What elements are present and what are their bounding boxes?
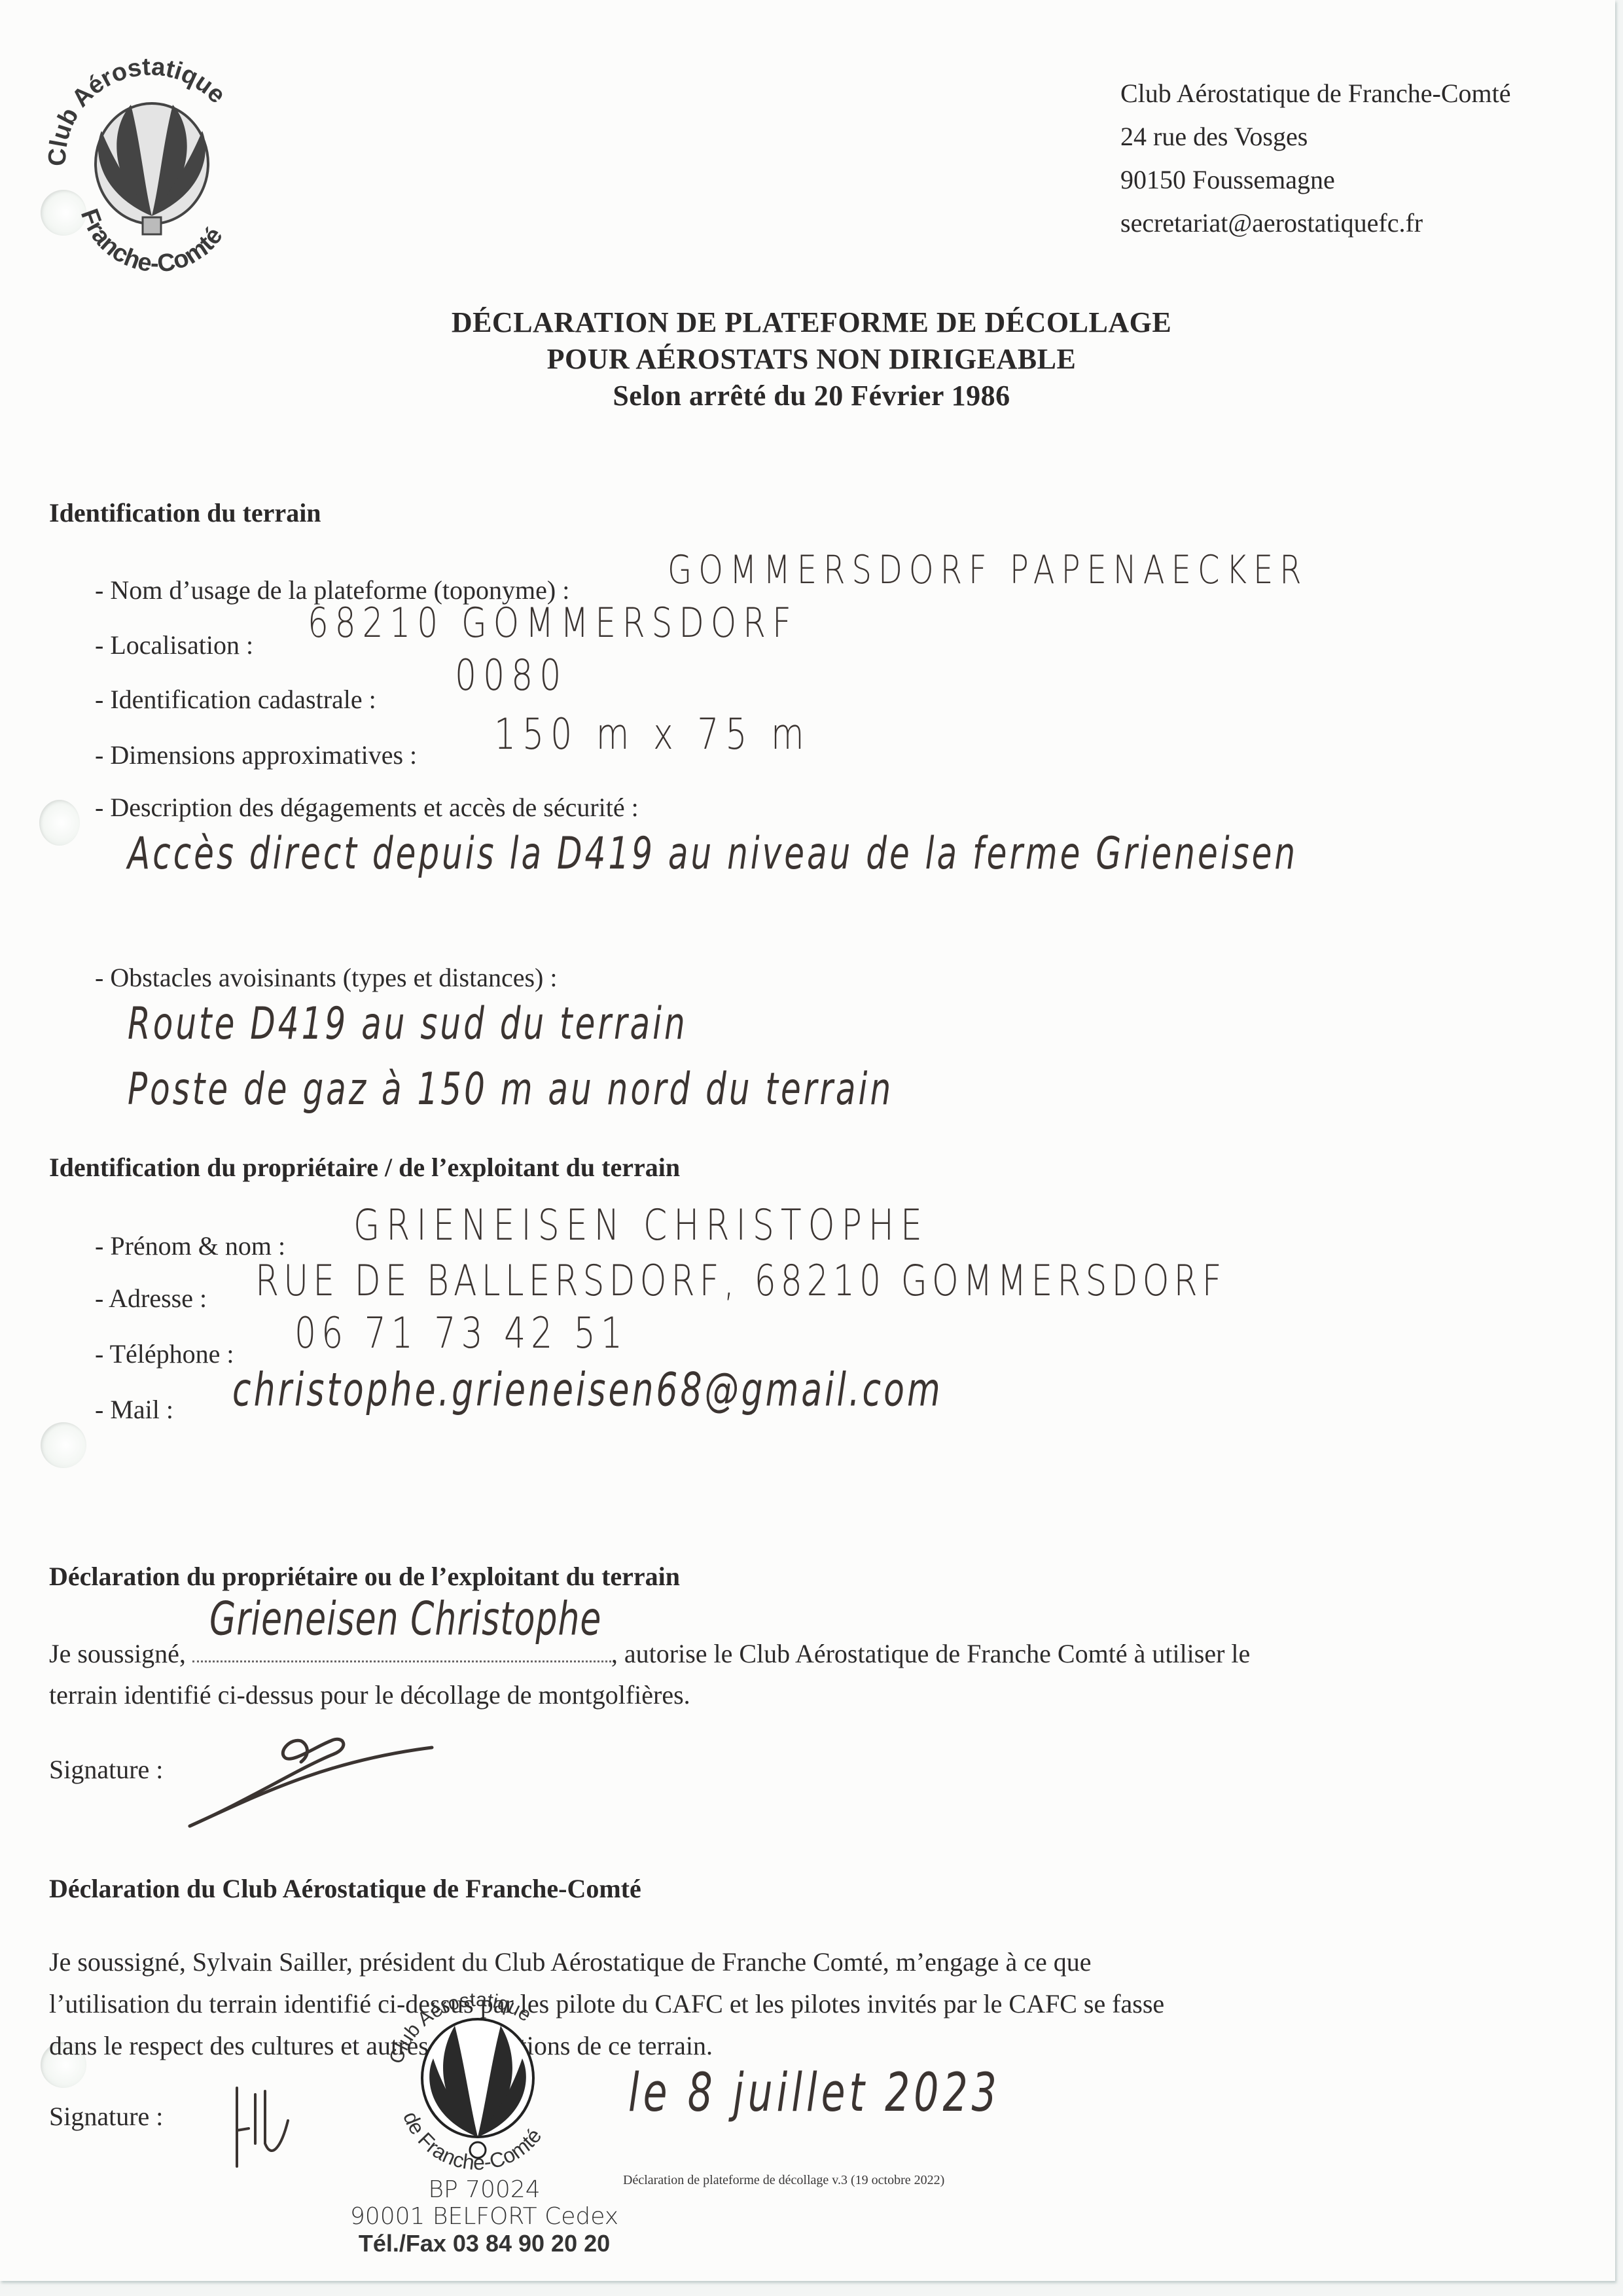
field-value-address[interactable]: RUE DE BALLERSDORF, 68210 GOMMERSDORF [255,1257,1226,1306]
field-label-acces: - Description des dégagements et accès d… [95,792,639,823]
signature-date[interactable]: le 8 juillet 2023 [628,2062,1001,2125]
sender-city: 90150 Foussemagne [1120,158,1511,202]
club-stamp: Club Aérostatique de Franche-Comté [373,1986,582,2183]
club-declaration-line: Je soussigné, Sylvain Sailler, président… [49,1941,1164,1983]
field-label-localisation: - Localisation : [95,630,253,660]
document-page: Club Aérostatique Franche-Comté Club Aér… [0,0,1615,2281]
sender-name: Club Aérostatique de Franche-Comté [1120,72,1511,115]
field-label-phone: - Téléphone : [95,1338,234,1369]
stamp-address: BP 70024 90001 BELFORT Cedex Tél./Fax 03… [314,2176,654,2257]
sender-address: Club Aérostatique de Franche-Comté 24 ru… [1120,72,1511,245]
field-label-address: - Adresse : [95,1283,207,1314]
title-line-3: Selon arrêté du 20 Février 1986 [0,378,1623,414]
field-value-name[interactable]: GRIENEISEN CHRISTOPHE [353,1201,929,1250]
balloon-icon [96,103,208,234]
owner-signature-label: Signature : [49,1754,163,1785]
club-declaration-line: l’utilisation du terrain identifié ci-de… [49,1983,1164,2025]
field-value-phone[interactable]: 06 71 73 42 51 [294,1309,628,1358]
club-logo: Club Aérostatique Franche-Comté [33,52,268,288]
club-declaration-text: Je soussigné, Sylvain Sailler, président… [49,1941,1164,2067]
field-label-mail: - Mail : [95,1394,173,1425]
sender-street: 24 rue des Vosges [1120,115,1511,158]
field-value-cadastre[interactable]: 0080 [455,651,567,700]
signed-name-handwritten: Grieneisen Christophe [209,1593,601,1646]
section-heading-owner: Identification du propriétaire / de l’ex… [49,1152,680,1183]
field-value-dimensions[interactable]: 150 m x 75 m [494,710,811,759]
field-value-obstacle-2[interactable]: Poste de gaz à 150 m au nord du terrain [128,1064,893,1115]
owner-declaration-prefix: Je soussigné, [49,1639,186,1668]
field-value-toponyme[interactable]: GOMMERSDORF PAPENAECKER [668,547,1308,593]
club-signature[interactable] [229,2081,321,2173]
owner-declaration-line-2: terrain identifié ci-dessus pour le déco… [49,1674,690,1716]
punch-hole [41,1422,86,1468]
club-declaration-line: dans le respect des cultures et autres e… [49,2025,1164,2067]
field-label-dimensions: - Dimensions approximatives : [95,740,417,770]
punch-hole [39,800,80,846]
field-value-mail[interactable]: christophe.grieneisen68@gmail.com [232,1364,943,1417]
title-line-1: DÉCLARATION DE PLATEFORME DE DÉCOLLAGE [0,304,1623,341]
stamp-city: 90001 BELFORT Cedex [314,2203,654,2230]
field-value-obstacle-1[interactable]: Route D419 au sud du terrain [128,998,688,1049]
footer-version: Déclaration de plateforme de décollage v… [623,2173,944,2188]
field-label-cadastre: - Identification cadastrale : [95,684,376,715]
owner-signature[interactable] [170,1721,471,1839]
field-value-localisation[interactable]: 68210 GOMMERSDORF [308,600,798,647]
section-heading-club-declaration: Déclaration du Club Aérostatique de Fran… [49,1873,641,1904]
owner-declaration-suffix: , autorise le Club Aérostatique de Franc… [611,1639,1250,1668]
stamp-phone: Tél./Fax 03 84 90 20 20 [314,2230,654,2257]
title-line-2: POUR AÉROSTATS NON DIRIGEABLE [0,341,1623,378]
stamp-po-box: BP 70024 [314,2176,654,2203]
section-heading-terrain: Identification du terrain [49,497,321,528]
field-value-acces[interactable]: Accès direct depuis la D419 au niveau de… [128,828,1298,879]
section-heading-owner-declaration: Déclaration du propriétaire ou de l’expl… [49,1561,680,1592]
field-label-obstacles: - Obstacles avoisinants (types et distan… [95,962,557,993]
club-signature-label: Signature : [49,2101,163,2132]
document-title: DÉCLARATION DE PLATEFORME DE DÉCOLLAGE P… [0,304,1623,414]
sender-email: secretariat@aerostatiquefc.fr [1120,202,1511,245]
